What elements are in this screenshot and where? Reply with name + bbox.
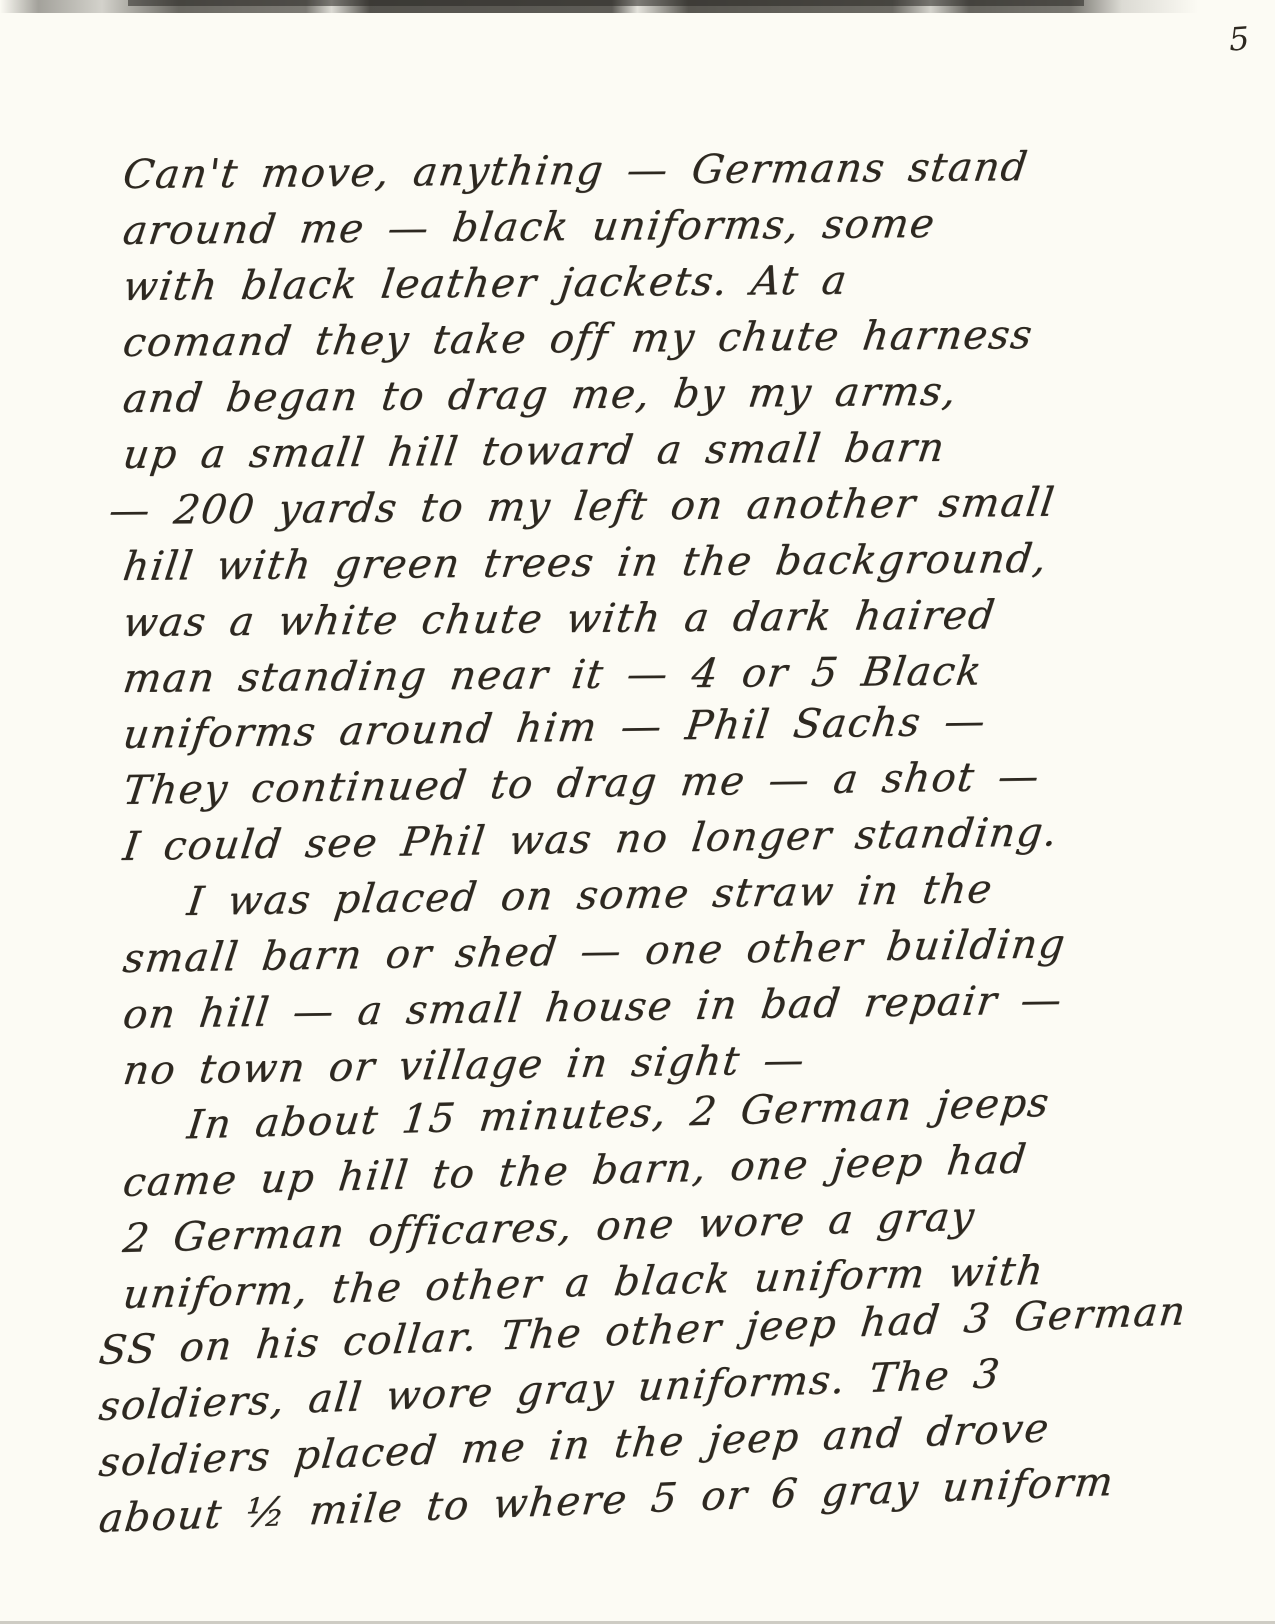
- scan-edge-artifact-top: [0, 0, 1275, 13]
- handwritten-line: comand they take off my chute harness: [119, 310, 1238, 376]
- handwritten-line: and began to drag me, by my arms,: [119, 366, 1238, 432]
- scanned-handwritten-page: 5 Can't move, anything — Germans stand a…: [0, 0, 1275, 1624]
- handwritten-line: with black leather jackets. At a: [119, 254, 1238, 320]
- handwritten-line: was a white chute with a dark haired: [119, 590, 1238, 656]
- handwritten-line: — 200 yards to my left on another small: [105, 478, 1238, 544]
- handwritten-line: Can't move, anything — Germans stand: [119, 142, 1238, 208]
- handwritten-line: up a small hill toward a small barn: [119, 422, 1238, 488]
- page-number: 5: [1227, 19, 1250, 58]
- handwritten-text-block: Can't move, anything — Germans stand aro…: [122, 152, 1232, 1552]
- handwritten-line: around me — black uniforms, some: [119, 198, 1238, 264]
- handwritten-line: hill with green trees in the background,: [119, 534, 1238, 600]
